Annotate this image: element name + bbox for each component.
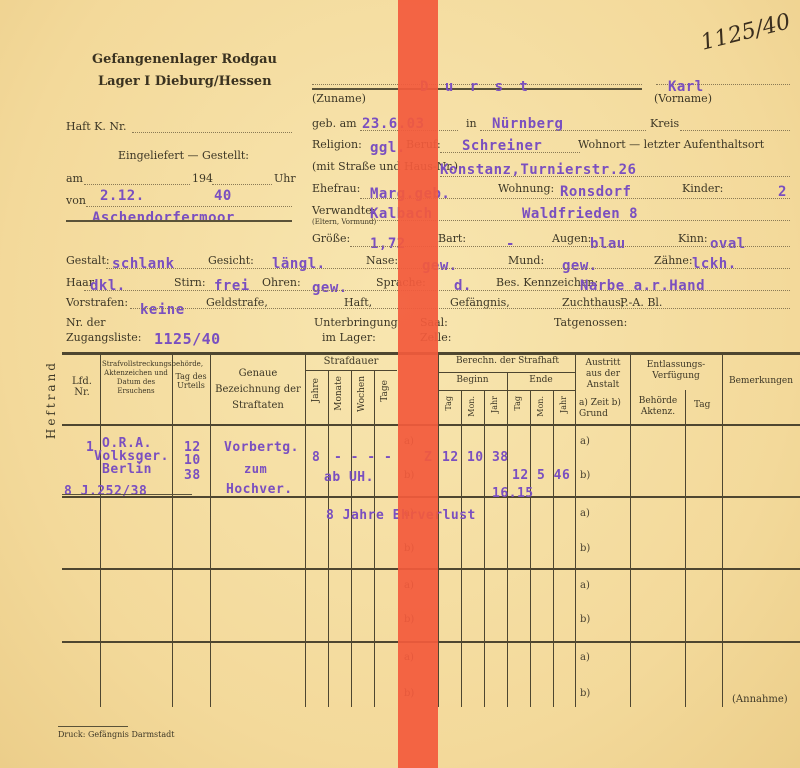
religion-label: Religion: (312, 138, 362, 151)
haft-k-nr-label: Haft K. Nr. (66, 120, 127, 133)
col-line (438, 355, 439, 707)
gestalt-label: Gestalt: (66, 254, 110, 267)
austritt-a-label: a) (580, 508, 590, 519)
header-tage: Tage (380, 380, 390, 402)
in-label: in (466, 117, 477, 130)
augen-label: Augen: (552, 232, 591, 245)
strike-line (62, 494, 192, 495)
row1-straftat-2: zum (244, 462, 267, 476)
address-field (440, 176, 790, 177)
col-line (328, 370, 329, 707)
header-bemerkungen: Bemerkungen (728, 374, 794, 388)
col-line (461, 390, 462, 707)
wohnort-label: Wohnort — letzter Aufenthaltsort (578, 138, 764, 151)
sprache-value: d. (454, 278, 472, 294)
row1-tag-2: 10 (184, 453, 201, 468)
austritt-a-label: a) (580, 436, 590, 447)
header-tag-urteil: Tag des Urteils (174, 372, 208, 390)
vorstrafen-label: Vorstrafen: (66, 296, 128, 309)
col-line (374, 370, 375, 707)
header-austritt: Austritt aus der Anstalt (577, 358, 629, 391)
nase-label: Nase: (366, 254, 398, 267)
header-berechnung: Berechn. der Strafhaft (440, 356, 575, 366)
header-strafdauer: Strafdauer (305, 356, 397, 367)
row1-beginn: 12 10 38 (442, 450, 509, 465)
von-label: von (66, 194, 86, 207)
kinn-value: oval (710, 236, 746, 252)
col-line (210, 355, 211, 707)
austritt-a-label: a) (580, 652, 590, 663)
berechnung-sub-line (438, 372, 575, 373)
am-label: am (66, 172, 83, 185)
header-austritt-sub: a) Zeit b) Grund (579, 398, 627, 420)
row1-straftat-3: Hochver. (226, 482, 293, 497)
birthplace-field (480, 130, 646, 131)
header-entlassung-tag: Tag (694, 400, 710, 410)
row1-dashes: - - - - (334, 450, 392, 465)
footer-rule (58, 726, 128, 727)
year-prefix: 194 (192, 172, 213, 185)
zaehne-label: Zähne: (654, 254, 693, 267)
unterbringung-label-2: im Lager: (322, 331, 376, 344)
time-field (212, 184, 272, 185)
von-year: 40 (214, 188, 232, 204)
header-ende-tag: Tag (513, 396, 522, 411)
col-line (553, 390, 554, 707)
austritt-a-label: a) (580, 580, 590, 591)
ohren-label: Ohren: (262, 276, 301, 289)
stirn-label: Stirn: (174, 276, 206, 289)
row1-jahre: 8 (312, 450, 320, 465)
heftrand-label: Heftrand (44, 360, 58, 439)
zaehne-value: lckh. (692, 256, 737, 272)
vorstrafen-value: keine (140, 302, 185, 318)
haar-value: dkl. (90, 278, 126, 294)
austritt-b-label: b) (580, 543, 590, 554)
kreis-label: Kreis (650, 117, 679, 130)
beruf-field (440, 152, 580, 153)
header-genaue: Genaue Bezeichnung der Straftaten (212, 366, 304, 414)
tatgenossen-label: Tatgenossen: (554, 316, 627, 329)
col-line (305, 355, 306, 707)
header-ende-mon: Mon. (536, 396, 545, 417)
header-jahre: Jahre (311, 378, 321, 402)
row1-tag-3: 38 (184, 468, 201, 483)
zugangsliste-value: 1125/40 (154, 330, 221, 348)
gesicht-value: längl. (272, 256, 326, 272)
born-label: geb. am (312, 117, 357, 130)
strafdauer-sub-line (305, 370, 397, 371)
col-line (530, 390, 531, 707)
col-line (100, 355, 101, 707)
austritt-b-label: b) (580, 470, 590, 481)
wohnung-label: Wohnung: (498, 182, 554, 195)
header-beginn-tag: Tag (444, 396, 453, 411)
kinn-label: Kinn: (678, 232, 708, 245)
header-ende-jahr: Jahr (559, 396, 568, 413)
vorstrafen-row-field (130, 308, 790, 309)
row1-ende-time: 16.15 (492, 486, 534, 501)
col-line (630, 355, 631, 707)
printer-note: Druck: Gefängnis Darmstadt (58, 730, 174, 739)
uhr-label: Uhr (274, 172, 296, 185)
col-line (685, 390, 686, 707)
header-behoerde: Strafvollstreckungsbehörde, Aktenzeichen… (102, 360, 170, 396)
kennzeichen-value: Narbe a.r.Hand (580, 278, 705, 294)
camp-name: Gefangenenlager Rodgau (92, 52, 277, 67)
col-line (507, 372, 508, 707)
row1-ende: 12 5 46 (512, 468, 570, 483)
gesicht-label: Gesicht: (208, 254, 254, 267)
row1-aktenzeichen: 8 J.252/38 (64, 484, 147, 499)
from-place: Aschendorfermoor (92, 210, 235, 226)
von-field (86, 206, 292, 207)
unterbringung-label-1: Unterbringung (314, 316, 398, 329)
kreis-field (680, 130, 790, 131)
zugangsliste-label-2: Zugangsliste: (66, 331, 141, 344)
header-beginn-jahr: Jahr (490, 396, 499, 413)
groesse-label: Größe: (312, 232, 350, 245)
header-behoerde-akt: Behörde Aktenz. (632, 396, 684, 418)
ohren-value: gew. (312, 280, 348, 296)
header-beginn: Beginn (438, 375, 507, 385)
header-entlassung: Entlassungs-Verfügung (632, 360, 720, 382)
header-monate: Monate (334, 376, 344, 411)
row1-behoerde-3: Berlin (102, 462, 152, 477)
col-line (351, 370, 352, 707)
von-date: 2.12. (100, 188, 145, 204)
relatives-label: Verwandte: (312, 204, 375, 217)
gestalt-value: schlank (112, 256, 175, 272)
zugangsliste-label-1: Nr. der (66, 316, 105, 329)
kinder-label: Kinder: (682, 182, 723, 195)
header-ende: Ende (507, 375, 575, 385)
header-wochen: Wochen (357, 376, 367, 412)
col-line (685, 390, 686, 424)
austritt-b-label: b) (580, 688, 590, 699)
mund-label: Mund: (508, 254, 544, 267)
camp-location: Lager I Dieburg/Hessen (98, 74, 272, 89)
col-line (722, 355, 723, 707)
row1-straftat-1: Vorbertg. (224, 440, 299, 455)
header-beginn-mon: Mon. (467, 396, 476, 417)
wife-label: Ehefrau: (312, 182, 360, 195)
strike-line (66, 220, 292, 222)
col-line (172, 355, 173, 707)
annahme-label: (Annahme) (732, 694, 788, 705)
am-field (84, 184, 190, 185)
header-lfd: Lfd. Nr. (64, 376, 100, 398)
haft-k-nr-field (132, 132, 292, 133)
eingeliefert-label: Eingeliefert — Gestellt: (118, 149, 249, 162)
bart-value: - (506, 236, 515, 252)
surname-label: (Zuname) (312, 92, 366, 105)
col-line (484, 390, 485, 707)
red-marker-strip (398, 0, 438, 768)
austritt-b-label: b) (580, 614, 590, 625)
beginn-ende-sub-line (438, 390, 575, 391)
col-line (575, 355, 576, 707)
row1-art-b: ab UH. (324, 470, 374, 485)
augen-value: blau (590, 236, 626, 252)
bart-label: Bart: (438, 232, 466, 245)
gestalt-row-field (106, 268, 790, 269)
mund-value: gew. (562, 258, 598, 274)
firstname-label: (Vorname) (654, 92, 712, 105)
stirn-value: frei (214, 278, 250, 294)
